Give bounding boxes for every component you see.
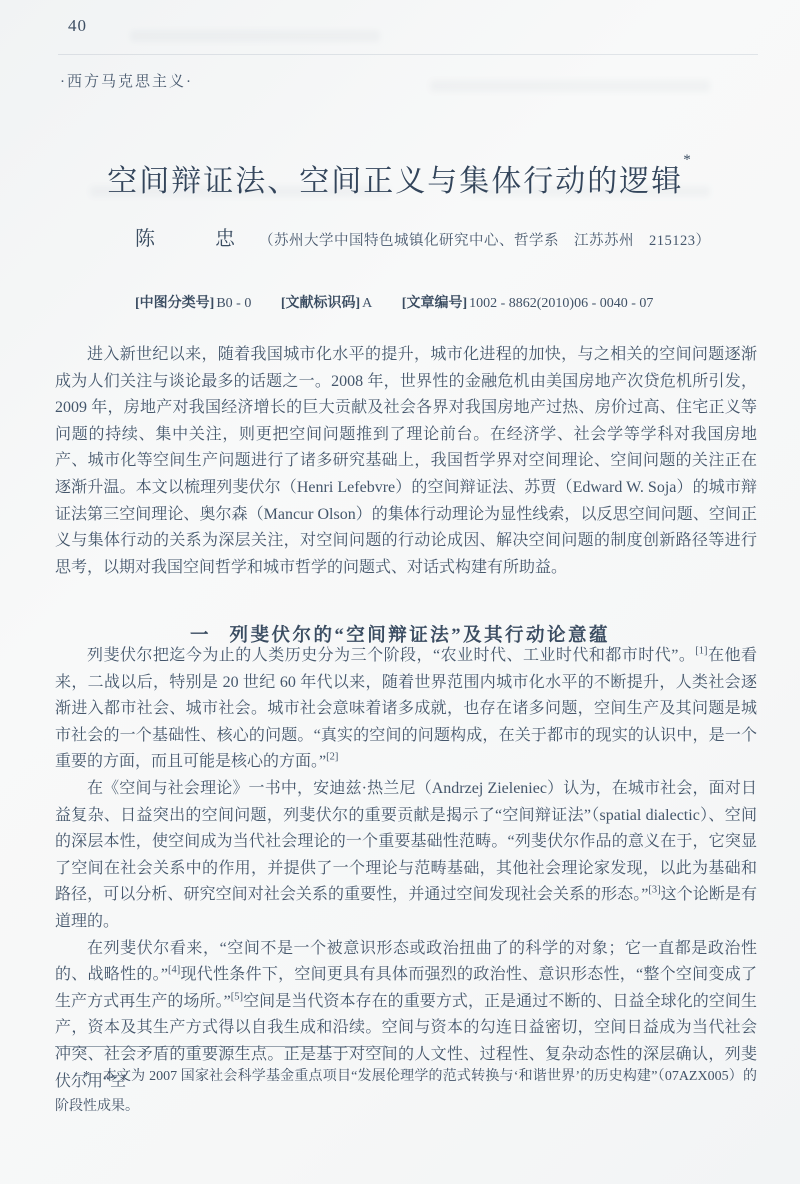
article-id-label: [文章编号] bbox=[402, 296, 467, 311]
header-rule bbox=[58, 54, 758, 55]
document-code: [文献标识码]A bbox=[281, 296, 372, 311]
article-title-text: 空间辩证法、空间正义与集体行动的逻辑 bbox=[107, 165, 683, 198]
footnote-text: *本文为 2007 国家社会科学基金重点项目“发展伦理学的范式转换与‘和谐世界’… bbox=[55, 1062, 757, 1122]
byline: 陈 忠 （苏州大学中国特色城镇化研究中心、哲学系 江苏苏州 215123） bbox=[135, 222, 755, 251]
author-name: 陈 忠 bbox=[135, 222, 255, 251]
title-footnote-marker: * bbox=[683, 152, 693, 168]
section-body: 列斐伏尔把迄今为止的人类历史分为三个阶段，“农业时代、工业时代和都市时代”。[1… bbox=[55, 643, 757, 1095]
scan-artifact bbox=[430, 80, 710, 92]
footnote-content: 本文为 2007 国家社会科学基金重点项目“发展伦理学的范式转换与‘和谐世界’的… bbox=[55, 1069, 757, 1114]
body-paragraph: 在《空间与社会理论》一书中，安迪兹·热兰尼（Andrzej Zieleniec）… bbox=[55, 776, 757, 936]
intro-paragraph: 进入新世纪以来，随着我国城市化水平的提升，城市化进程的加快，与之相关的空间问题逐… bbox=[55, 342, 757, 581]
body-paragraph: 列斐伏尔把迄今为止的人类历史分为三个阶段，“农业时代、工业时代和都市时代”。[1… bbox=[55, 643, 757, 776]
journal-page: 40 ·西方马克思主义· 空间辩证法、空间正义与集体行动的逻辑* 陈 忠 （苏州… bbox=[0, 0, 800, 1184]
article-id: [文章编号]1002 - 8862(2010)06 - 0040 - 07 bbox=[402, 296, 654, 311]
footnote-marker: * bbox=[83, 1069, 90, 1084]
page-number: 40 bbox=[68, 16, 87, 36]
article-id-value: 1002 - 8862(2010)06 - 0040 - 07 bbox=[469, 296, 653, 311]
footnote-divider bbox=[55, 1046, 388, 1047]
footnote: *本文为 2007 国家社会科学基金重点项目“发展伦理学的范式转换与‘和谐世界’… bbox=[55, 1062, 757, 1122]
document-code-value: A bbox=[362, 296, 372, 311]
document-code-label: [文献标识码] bbox=[281, 296, 360, 311]
article-meta: [中图分类号]B0 - 0 [文献标识码]A [文章编号]1002 - 8862… bbox=[135, 292, 735, 312]
author-affiliation: （苏州大学中国特色城镇化研究中心、哲学系 江苏苏州 215123） bbox=[259, 229, 711, 250]
column-section-label: ·西方马克思主义· bbox=[60, 70, 193, 91]
article-title: 空间辩证法、空间正义与集体行动的逻辑* bbox=[0, 156, 800, 200]
clc-value: B0 - 0 bbox=[216, 296, 251, 311]
clc-number: [中图分类号]B0 - 0 bbox=[135, 296, 251, 311]
scan-artifact bbox=[130, 30, 380, 42]
clc-label: [中图分类号] bbox=[135, 296, 214, 311]
introduction: 进入新世纪以来，随着我国城市化水平的提升，城市化进程的加快，与之相关的空间问题逐… bbox=[55, 342, 757, 581]
